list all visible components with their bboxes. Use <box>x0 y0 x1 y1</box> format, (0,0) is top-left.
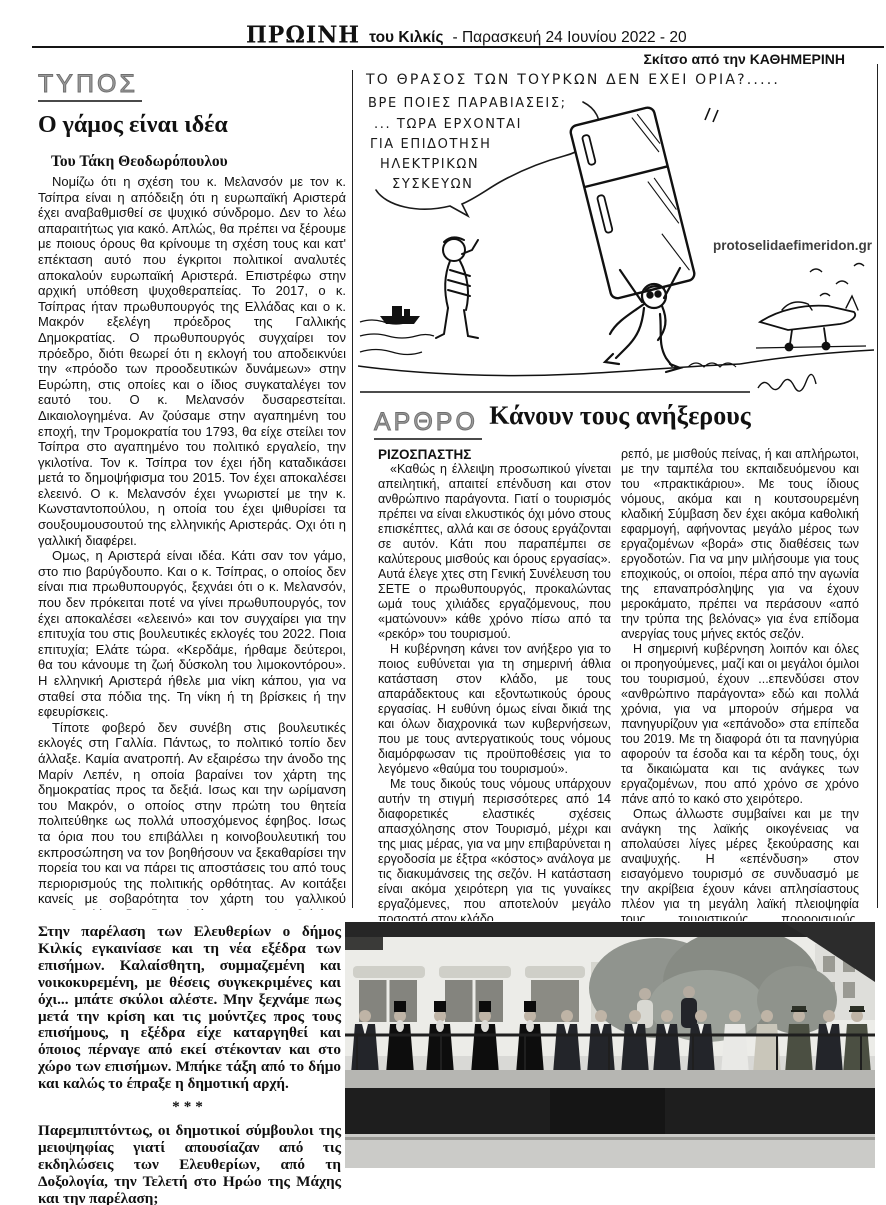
paragraph: Νομίζω ότι η σχέση του κ. Μελανσόν με το… <box>38 174 346 548</box>
motion-marks <box>705 108 718 122</box>
cartoonist-signature <box>758 374 816 391</box>
local-commentary: Στην παρέλαση των Ελευθερίων ο δήμος Κιλ… <box>38 924 341 1205</box>
cartoon-bubble-line4: ΗΛΕΚΤΡΙΚΩΝ <box>380 157 479 172</box>
sea-and-ship <box>360 306 434 355</box>
paragraph: Ομως, η Αριστερά είναι ιδέα. Κάτι σαν το… <box>38 548 346 720</box>
arthro-column-2: ρεπό, με μισθούς πείνας, ή και απλήρωτοι… <box>621 447 859 921</box>
newspaper-page: ΠΡΩΙΝΗ του Κιλκίς - Παρασκευή 24 Ιουνίου… <box>0 0 886 1205</box>
cartoon-bubble-line1: ΒΡΕ ΠΟΙΕΣ ΠΑΡΑΒΙΑΣΕΙΣ; <box>368 96 567 111</box>
ship-silhouette <box>380 306 420 324</box>
typos-body: Νομίζω ότι η σχέση του κ. Μελανσόν με το… <box>38 174 346 910</box>
commentary-paragraph-2: Παρεμπιπτόντως, οι δημοτικοί σύμβουλοι τ… <box>38 1123 341 1205</box>
section-label-typos: ΤΥΠΟΣ <box>38 70 142 102</box>
arthro-column-1: ΡΙΖΟΣΠΑΣΤΗΣ «Καθώς η έλλειψη προσωπικού … <box>378 447 611 921</box>
arthro-col1-body: «Καθώς η έλλειψη προσωπικού γίνεται απει… <box>378 462 611 921</box>
watermark-text: protoselidaefimeridon.gr <box>713 238 873 253</box>
cartoon-caption-line1: ΤΟ ΘΡΑΣΟΣ ΤΩΝ ΤΟΥΡΚΩΝ ΔΕΝ ΕΧΕΙ ΟΡΙΑ?....… <box>365 72 780 88</box>
masthead-suffix: του Κιλκίς <box>369 29 443 47</box>
birds <box>810 264 864 297</box>
typos-byline: Του Τάκη Θεοδωρόπουλου <box>38 153 346 171</box>
paragraph: Η κυβέρνηση κάνει τον ανήξερο για το ποι… <box>378 642 611 777</box>
header-divider <box>32 46 884 48</box>
cartoon-bubble-line2: ... ΤΩΡΑ ΕΡΧΟΝΤΑΙ <box>374 117 522 132</box>
typos-article-title: Ο γάμος είναι ιδέα <box>38 112 346 139</box>
cartoon-bubble-line5: ΣΥΣΚΕΥΩΝ <box>392 177 474 192</box>
paragraph: ρεπό, με μισθούς πείνας, ή και απλήρωτοι… <box>621 447 859 642</box>
arthro-source: ΡΙΖΟΣΠΑΣΤΗΣ <box>378 447 611 462</box>
paragraph: Με τους δικούς τους νόμους υπάρχουν αυτή… <box>378 777 611 921</box>
parade-grandstand-photo <box>345 922 875 1168</box>
page-edge-rule-right <box>877 64 878 908</box>
drone-aircraft-sketch <box>760 296 858 351</box>
ground-lines <box>358 346 874 376</box>
arthro-article-title: Κάνουν τους ανήξερους <box>420 401 820 431</box>
refrigerator-sketch <box>569 106 696 300</box>
platform-floor <box>345 1070 875 1088</box>
commentary-paragraph-1: Στην παρέλαση των Ελευθερίων ο δήμος Κιλ… <box>38 924 341 1093</box>
newspaper-header: ΠΡΩΙΝΗ του Κιλκίς - Παρασκευή 24 Ιουνίου… <box>246 22 687 48</box>
paragraph: «Καθώς η έλλειψη προσωπικού γίνεται απει… <box>378 462 611 642</box>
arthro-col2-body: Η σημερινή κυβέρνηση λοιπόν και όλες οι … <box>621 642 859 921</box>
talking-man-figure <box>436 237 478 338</box>
paragraph: Οπως άλλωστε συμβαίνει και με την ανάγκη… <box>621 807 859 921</box>
dateline: - Παρασκευή 24 Ιουνίου 2022 - 20 <box>453 29 687 47</box>
commentary-separator: *** <box>38 1099 341 1116</box>
paragraph: Η σημερινή κυβέρνηση λοιπόν και όλες οι … <box>621 642 859 807</box>
paragraph: Τίποτε φοβερό δεν συνέβη στις βουλευτικέ… <box>38 720 346 910</box>
column-divider-left <box>352 70 353 908</box>
masthead-logo: ΠΡΩΙΝΗ <box>246 21 360 48</box>
curb-line <box>345 1137 875 1140</box>
typos-article: ΤΥΠΟΣ Ο γάμος είναι ιδέα Του Τάκη Θεοδωρ… <box>38 70 346 910</box>
cartoon-bubble-line3: ΓΙΑ ΕΠΙΔΟΤΗΣΗ <box>370 137 492 152</box>
editorial-cartoon: ΤΟ ΘΡΑΣΟΣ ΤΩΝ ΤΟΥΡΚΩΝ ΔΕΝ ΕΧΕΙ ΟΡΙΑ?....… <box>358 64 874 402</box>
